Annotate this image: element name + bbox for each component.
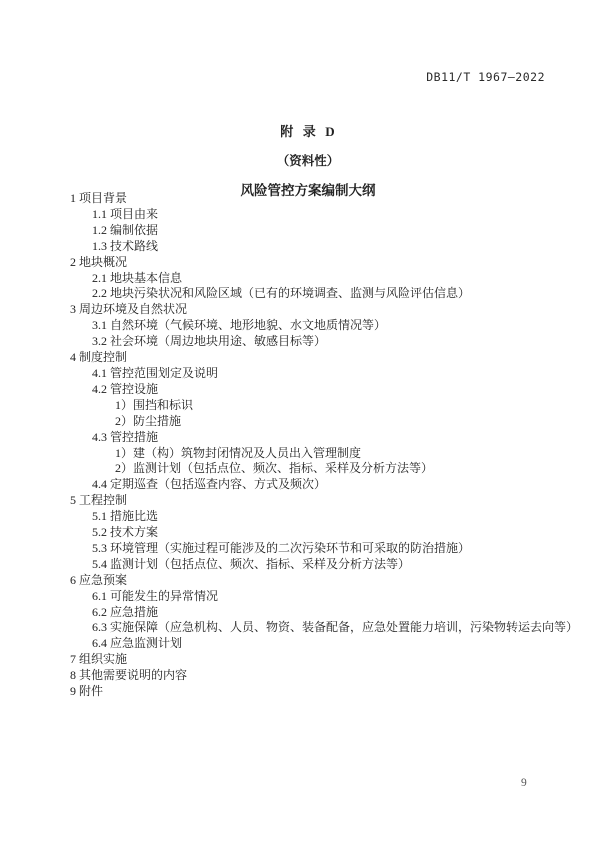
outline-line: 6.2 应急措施 bbox=[70, 605, 560, 621]
outline-line: 5.3 环境管理（实施过程可能涉及的二次污染环节和可采取的防治措施） bbox=[70, 541, 560, 557]
appendix-subtitle: （资料性） bbox=[70, 151, 546, 169]
appendix-title-block: 附 录 D （资料性） 风险管控方案编制大纲 bbox=[70, 121, 546, 199]
outline-line: 6.1 可能发生的异常情况 bbox=[70, 589, 560, 605]
outline-line: 1）围挡和标识 bbox=[70, 398, 560, 414]
outline-line: 1.1 项目由来 bbox=[70, 207, 560, 223]
outline-line: 1 项目背景 bbox=[70, 191, 560, 207]
outline-line: 4.1 管控范围划定及说明 bbox=[70, 366, 560, 382]
appendix-title: 附 录 D bbox=[70, 121, 546, 140]
outline-line: 5 工程控制 bbox=[70, 493, 560, 509]
outline-line: 6.3 实施保障（应急机构、人员、物资、装备配备，应急处置能力培训，污染物转运去… bbox=[70, 620, 560, 636]
outline-line: 1）建（构）筑物封闭情况及人员出入管理制度 bbox=[70, 446, 560, 462]
outline-line: 3 周边环境及自然状况 bbox=[70, 302, 560, 318]
outline-line: 1.2 编制依据 bbox=[70, 223, 560, 239]
outline-line: 8 其他需要说明的内容 bbox=[70, 668, 560, 684]
outline-line: 3.2 社会环境（周边地块用途、敏感目标等） bbox=[70, 334, 560, 350]
outline-line: 2）防尘措施 bbox=[70, 414, 560, 430]
outline-line: 3.1 自然环境（气候环境、地形地貌、水文地质情况等） bbox=[70, 318, 560, 334]
outline-line: 2）监测计划（包括点位、频次、指标、采样及分析方法等） bbox=[70, 461, 560, 477]
outline-line: 2 地块概况 bbox=[70, 255, 560, 271]
outline-line: 2.1 地块基本信息 bbox=[70, 271, 560, 287]
outline-line: 4.3 管控措施 bbox=[70, 430, 560, 446]
page-number: 9 bbox=[521, 777, 527, 789]
doc-number: DB11/T 1967—2022 bbox=[426, 70, 545, 84]
outline-line: 5.4 监测计划（包括点位、频次、指标、采样及分析方法等） bbox=[70, 557, 560, 573]
outline-line: 5.1 措施比选 bbox=[70, 509, 560, 525]
outline-line: 4.2 管控设施 bbox=[70, 382, 560, 398]
outline-list: 1 项目背景 1.1 项目由来 1.2 编制依据 1.3 技术路线 2 地块概况… bbox=[70, 191, 560, 700]
outline-line: 1.3 技术路线 bbox=[70, 239, 560, 255]
outline-line: 4 制度控制 bbox=[70, 350, 560, 366]
outline-line: 9 附件 bbox=[70, 684, 560, 700]
outline-line: 6 应急预案 bbox=[70, 573, 560, 589]
outline-line: 4.4 定期巡查（包括巡查内容、方式及频次） bbox=[70, 477, 560, 493]
document-page: DB11/T 1967—2022 附 录 D （资料性） 风险管控方案编制大纲 … bbox=[0, 0, 600, 849]
outline-line: 5.2 技术方案 bbox=[70, 525, 560, 541]
outline-line: 6.4 应急监测计划 bbox=[70, 636, 560, 652]
outline-line: 2.2 地块污染状况和风险区域（已有的环境调查、监测与风险评估信息） bbox=[70, 286, 560, 302]
outline-line: 7 组织实施 bbox=[70, 652, 560, 668]
